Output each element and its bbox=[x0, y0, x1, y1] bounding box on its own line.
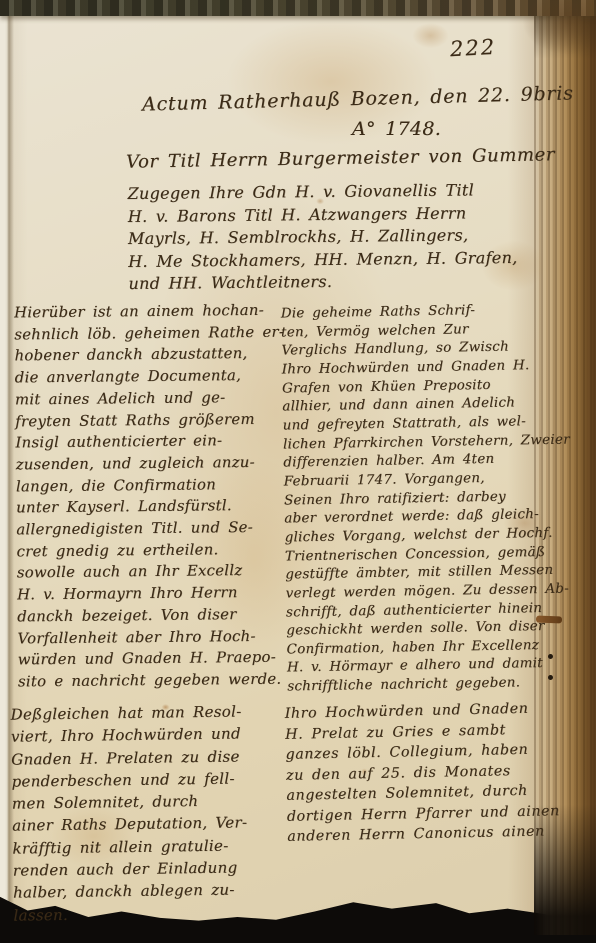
manuscript-line: halber, danckh ablegen zu- bbox=[13, 879, 248, 905]
manuscript-line: penderbeschen und zu fell- bbox=[11, 767, 246, 793]
manuscript-line: freyten Statt Raths größerem bbox=[15, 408, 285, 433]
manuscript-line: allergnedigisten Titl. und Se- bbox=[16, 517, 286, 542]
manuscript-line: zusenden, und zugleich anzu- bbox=[16, 452, 286, 477]
folio-number: 222 bbox=[449, 35, 496, 61]
manuscript-line: sito e nachricht gegeben werde. bbox=[18, 669, 288, 694]
manuscript-line: ainer Raths Deputation, Ver- bbox=[12, 812, 247, 838]
manuscript-line: Mayrls, H. Semblrockhs, H. Zallingers, bbox=[128, 224, 517, 251]
manuscript-line: Hierüber ist an ainem hochan- bbox=[14, 300, 284, 325]
manuscript-line: H. Me Stockhamers, HH. Menzn, H. Grafen, bbox=[128, 246, 517, 273]
ink-dot bbox=[548, 675, 553, 680]
marginal-ink-smudge bbox=[536, 616, 562, 624]
manuscript-line: hobener danckh abzustatten, bbox=[14, 343, 284, 368]
manuscript-line: Zugegen Ihre Gdn H. v. Giovanellis Titl bbox=[127, 179, 516, 206]
manuscript-line: men Solemnitet, durch bbox=[12, 790, 247, 816]
manuscript-line: langen, die Confirmation bbox=[16, 473, 286, 498]
left-column-paragraph-2: Deßgleichen hat man Resol-viert, Ihro Ho… bbox=[10, 700, 248, 926]
manuscript-line: die anverlangte Documenta, bbox=[15, 365, 285, 390]
book-photo: 222 Actum Ratherhauß Bozen, den 22. 9bri… bbox=[0, 0, 596, 943]
manuscript-line: H. v. Hormayrn Ihro Herrn bbox=[17, 582, 287, 607]
manuscript-line: unter Kayserl. Landsfürstl. bbox=[16, 495, 286, 520]
manuscript-line: würden und Gnaden H. Praepo- bbox=[18, 647, 288, 672]
manuscript-line: Insigl authenticierter ein- bbox=[15, 430, 285, 455]
manuscript-line: cret gnedig zu ertheilen. bbox=[16, 538, 286, 563]
manuscript-line: sowolle auch an Ihr Excellz bbox=[17, 560, 287, 585]
right-column-paragraph-2: Ihro Hochwürden und GnadenH. Prelat zu G… bbox=[285, 698, 561, 847]
manuscript-line: danckh bezeiget. Von diser bbox=[17, 603, 287, 628]
manuscript-line: renden auch der Einladung bbox=[13, 856, 248, 882]
ink-dot bbox=[548, 654, 553, 659]
right-column-paragraph-1: Die geheime Raths Schrif-ten, Vermög wel… bbox=[281, 301, 575, 698]
manuscript-line: Deßgleichen hat man Resol- bbox=[10, 700, 245, 726]
manuscript-line: sehnlich löb. geheimen Rathe er- bbox=[14, 321, 284, 346]
left-column-paragraph-1: Hierüber ist an ainem hochan-sehnlich lö… bbox=[14, 300, 288, 693]
manuscript-line: viert, Ihro Hochwürden und bbox=[11, 723, 246, 749]
book-top-edge bbox=[0, 0, 596, 16]
attendance-list: Zugegen Ihre Gdn H. v. Giovanellis TitlH… bbox=[127, 179, 517, 296]
heading-year: A° 1748. bbox=[352, 118, 441, 140]
manuscript-line: Gnaden H. Prelaten zu dise bbox=[11, 745, 246, 771]
manuscript-line: kräfftig nit allein gratulie- bbox=[12, 834, 247, 860]
manuscript-line: und HH. Wachtleitners. bbox=[128, 269, 517, 296]
manuscript-line: mit aines Adelich und ge- bbox=[15, 386, 285, 411]
manuscript-line: lassen. bbox=[13, 901, 248, 927]
manuscript-line: Vorfallenheit aber Ihro Hoch- bbox=[17, 625, 287, 650]
